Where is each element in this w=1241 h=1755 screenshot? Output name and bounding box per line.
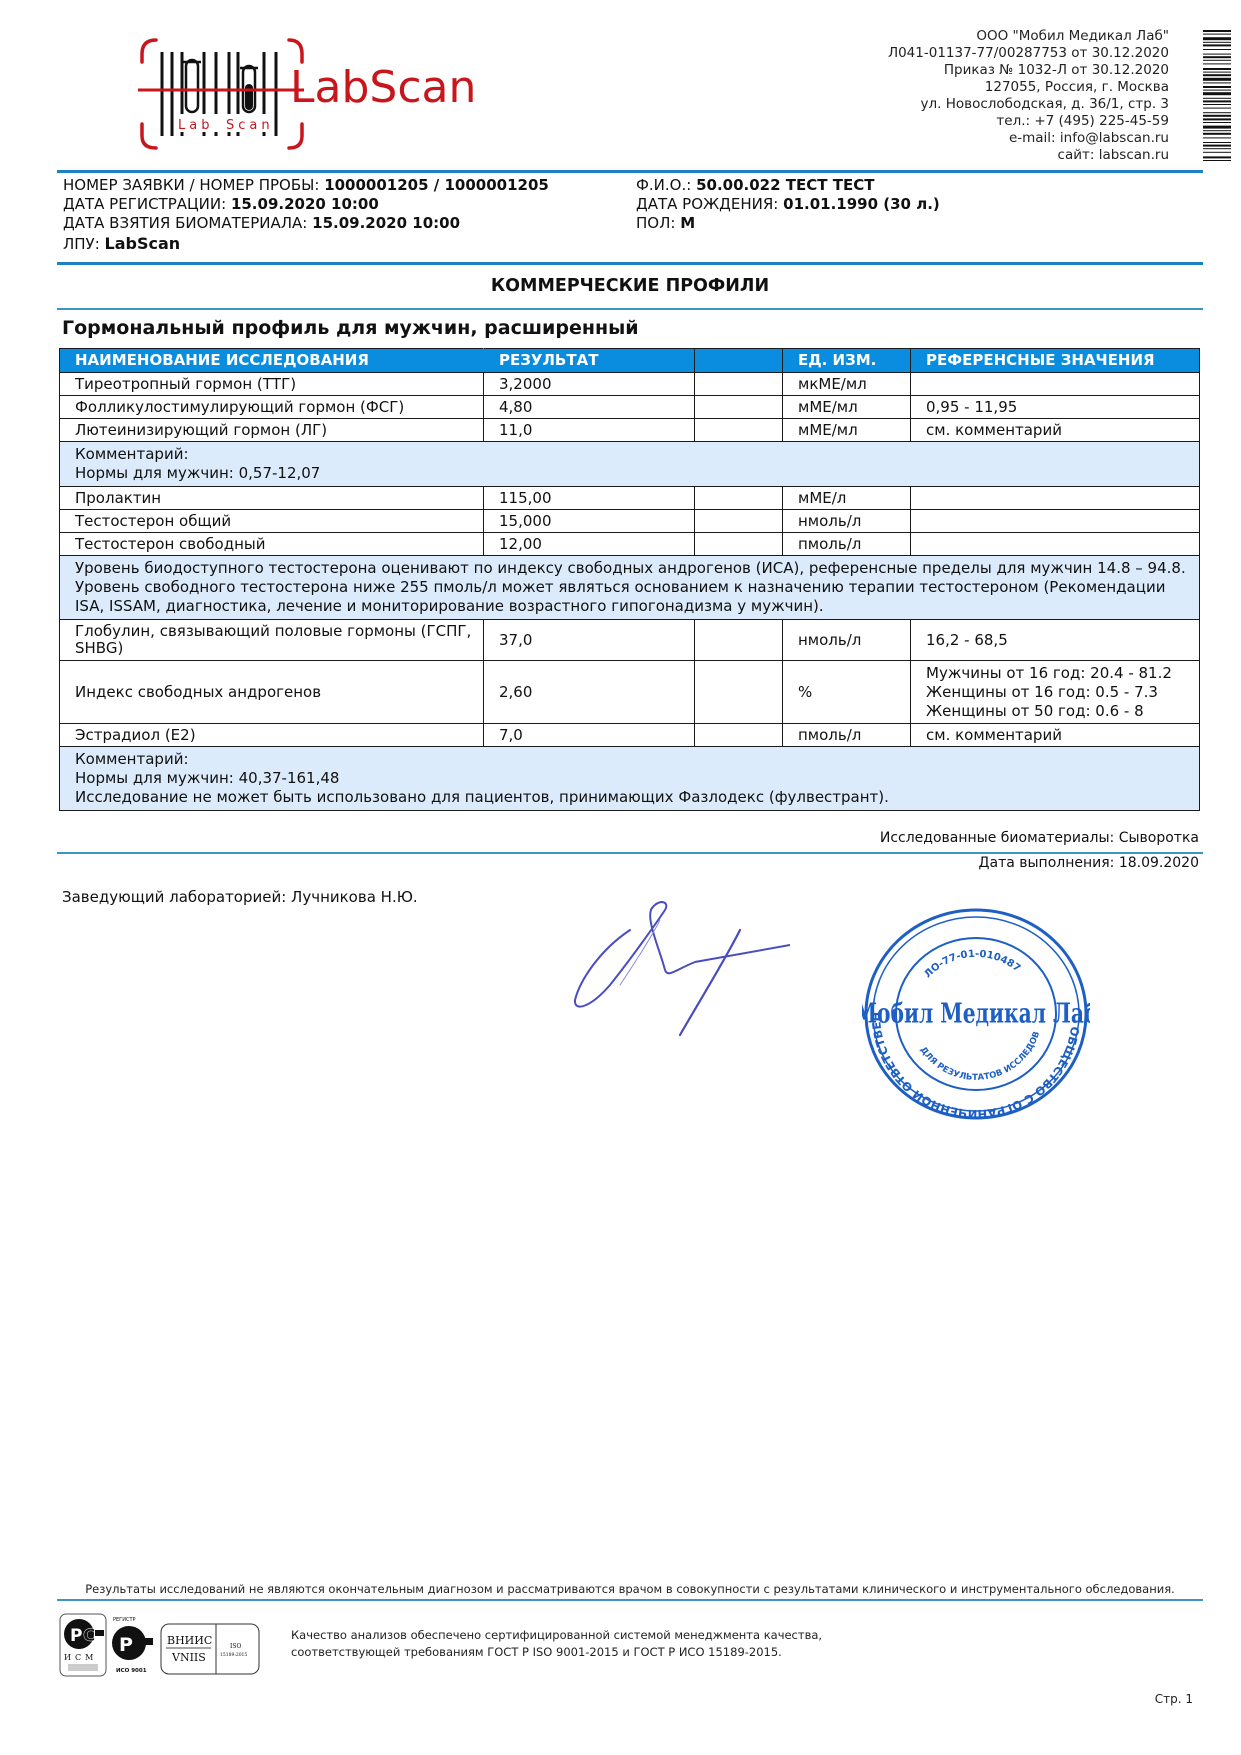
unit-cell: мМЕ/л (783, 487, 911, 510)
col-header-result: РЕЗУЛЬТАТ (484, 349, 695, 373)
table-row: Тестостерон свободный12,00пмоль/л (60, 533, 1200, 556)
svg-text:VNIIS: VNIIS (171, 1651, 206, 1664)
table-row: Фолликулостимулирующий гормон (ФСГ)4,80м… (60, 396, 1200, 419)
patient-name: 50.00.022 ТЕСТ ТЕСТ (696, 176, 874, 194)
reference-line: Женщины от 50 год: 0.6 - 8 (926, 702, 1199, 721)
table-row: Глобулин, связывающий половые гормоны (Г… (60, 620, 1200, 661)
unit-cell: мМЕ/мл (783, 396, 911, 419)
test-name-cell: Глобулин, связывающий половые гормоны (Г… (60, 620, 484, 661)
flag-cell (695, 620, 783, 661)
reference-cell: 0,95 - 11,95 (911, 396, 1200, 419)
comment-cell: Комментарий:Нормы для мужчин: 0,57-12,07 (60, 442, 1200, 487)
unit-cell: пмоль/л (783, 724, 911, 747)
flag-cell (695, 533, 783, 556)
divider (57, 170, 1203, 173)
table-row: Индекс свободных андрогенов2,60%Мужчины … (60, 661, 1200, 724)
company-stamp: ОБЩЕСТВО С ОГРАНИЧЕННОЙ ОТВЕТСТВЕННОСТЬЮ… (862, 905, 1090, 1123)
flag-cell (695, 661, 783, 724)
table-row: Эстрадиол (Е2)7,0пмоль/лсм. комментарий (60, 724, 1200, 747)
rst-ism-icon: Р С ИСМ (60, 1614, 106, 1676)
patient-dob: 01.01.1990 (30 л.) (783, 195, 940, 213)
svg-text:Р: Р (70, 1626, 82, 1646)
svg-text:Р: Р (119, 1634, 133, 1656)
result-cell: 11,0 (484, 419, 695, 442)
results-table: НАИМЕНОВАНИЕ ИССЛЕДОВАНИЯ РЕЗУЛЬТАТ ЕД. … (59, 348, 1200, 811)
company-info-line: 127055, Россия, г. Москва (888, 79, 1169, 96)
reference-cell: Мужчины от 16 год: 20.4 - 81.2Женщины от… (911, 661, 1200, 724)
result-cell: 12,00 (484, 533, 695, 556)
col-header-unit: ЕД. ИЗМ. (783, 349, 911, 373)
section-title: КОММЕРЧЕСКИЕ ПРОФИЛИ (57, 276, 1203, 296)
lpu-line: ЛПУ: LabScan (63, 234, 549, 254)
result-cell: 2,60 (484, 661, 695, 724)
comment-line: Исследование не может быть использовано … (75, 788, 1199, 807)
sample-date-line: ДАТА ВЗЯТИЯ БИОМАТЕРИАЛА: 15.09.2020 10:… (63, 214, 549, 233)
reference-cell (911, 533, 1200, 556)
company-info-line: ООО "Мобил Медикал Лаб" (888, 28, 1169, 45)
table-row: Тестостерон общий15,000нмоль/л (60, 510, 1200, 533)
sample-date: 15.09.2020 10:00 (312, 214, 460, 232)
page-number: Стр. 1 (1155, 1692, 1193, 1706)
svg-text:ISO: ISO (230, 1643, 241, 1650)
head-of-laboratory: Заведующий лабораторией: Лучникова Н.Ю. (62, 888, 418, 906)
rst-register-icon: РЕГИСТР Р ИСО 9001 (112, 1617, 153, 1674)
order-info: НОМЕР ЗАЯВКИ / НОМЕР ПРОБЫ: 1000001205 /… (63, 176, 549, 254)
test-name-cell: Эстрадиол (Е2) (60, 724, 484, 747)
company-info-line: тел.: +7 (495) 225-45-59 (888, 113, 1169, 130)
barcode-icon (1203, 30, 1231, 162)
flag-cell (695, 510, 783, 533)
test-name-cell: Пролактин (60, 487, 484, 510)
flag-cell (695, 487, 783, 510)
col-header-flag (695, 349, 783, 373)
unit-cell: пмоль/л (783, 533, 911, 556)
comment-line: Уровень биодоступного тестостерона оцени… (75, 559, 1199, 578)
svg-text:Scan: Scan (226, 118, 274, 133)
order-number-line: НОМЕР ЗАЯВКИ / НОМЕР ПРОБЫ: 1000001205 /… (63, 176, 549, 195)
certification-logos: Р С ИСМ РЕГИСТР Р ИСО 9001 ВНИИС VNIIS I… (58, 1612, 278, 1680)
quality-statement: Качество анализов обеспечено сертифициро… (291, 1627, 822, 1661)
svg-text:ИСО 9001: ИСО 9001 (116, 1668, 147, 1674)
divider (57, 1599, 1203, 1601)
signature (560, 890, 790, 1040)
svg-text:ИСМ: ИСМ (64, 1653, 97, 1662)
comment-line: Комментарий: (75, 750, 1199, 769)
comment-line: Нормы для мужчин: 40,37-161,48 (75, 769, 1199, 788)
result-cell: 4,80 (484, 396, 695, 419)
sex-line: ПОЛ: М (636, 214, 940, 233)
divider (57, 262, 1203, 265)
reference-cell (911, 510, 1200, 533)
unit-cell: % (783, 661, 911, 724)
reference-cell: см. комментарий (911, 724, 1200, 747)
comment-line: Комментарий: (75, 445, 1199, 464)
comment-line: Нормы для мужчин: 0,57-12,07 (75, 464, 1199, 483)
company-info-line: e-mail: info@labscan.ru (888, 130, 1169, 147)
completion-date: Дата выполнения: 18.09.2020 (979, 855, 1199, 871)
profile-title: Гормональный профиль для мужчин, расшире… (62, 317, 639, 339)
comment-row: Уровень биодоступного тестостерона оцени… (60, 556, 1200, 620)
flag-cell (695, 373, 783, 396)
reference-cell: см. комментарий (911, 419, 1200, 442)
logo-wordmark: LabScan (290, 62, 476, 113)
patient-name-line: Ф.И.О.: 50.00.022 ТЕСТ ТЕСТ (636, 176, 940, 195)
svg-text:ВНИИС: ВНИИС (167, 1634, 212, 1647)
patient-sex: М (680, 214, 695, 232)
table-header-row: НАИМЕНОВАНИЕ ИССЛЕДОВАНИЯ РЕЗУЛЬТАТ ЕД. … (60, 349, 1200, 373)
reference-line: Женщины от 16 год: 0.5 - 7.3 (926, 683, 1199, 702)
flag-cell (695, 724, 783, 747)
dob-line: ДАТА РОЖДЕНИЯ: 01.01.1990 (30 л.) (636, 195, 940, 214)
flag-cell (695, 396, 783, 419)
reference-line: Мужчины от 16 год: 20.4 - 81.2 (926, 664, 1199, 683)
biomaterial: Исследованные биоматериалы: Сыворотка (880, 830, 1199, 846)
registration-date-line: ДАТА РЕГИСТРАЦИИ: 15.09.2020 10:00 (63, 195, 549, 214)
svg-text:ЛО-77-01-010487: ЛО-77-01-010487 (922, 949, 1022, 981)
divider (57, 852, 1203, 854)
unit-cell: мМЕ/мл (783, 419, 911, 442)
reference-cell (911, 373, 1200, 396)
patient-info: Ф.И.О.: 50.00.022 ТЕСТ ТЕСТ ДАТА РОЖДЕНИ… (636, 176, 940, 233)
flag-cell (695, 419, 783, 442)
svg-text:РЕГИСТР: РЕГИСТР (113, 1617, 136, 1623)
reference-cell: 16,2 - 68,5 (911, 620, 1200, 661)
company-info-line: ул. Новослободская, д. 36/1, стр. 3 (888, 96, 1169, 113)
company-info-line: сайт: labscan.ru (888, 147, 1169, 164)
table-row: Тиреотропный гормон (ТТГ)3,2000мкМЕ/мл (60, 373, 1200, 396)
comment-row: Комментарий:Нормы для мужчин: 40,37-161,… (60, 747, 1200, 811)
result-cell: 7,0 (484, 724, 695, 747)
comment-row: Комментарий:Нормы для мужчин: 0,57-12,07 (60, 442, 1200, 487)
vniis-icon: ВНИИС VNIIS ISO 15189:2015 (161, 1624, 259, 1674)
company-info: ООО "Мобил Медикал Лаб"Л041-01137-77/002… (888, 28, 1169, 164)
table-row: Лютеинизирующий гормон (ЛГ)11,0мМЕ/млсм.… (60, 419, 1200, 442)
comment-cell: Уровень биодоступного тестостерона оцени… (60, 556, 1200, 620)
test-name-cell: Тиреотропный гормон (ТТГ) (60, 373, 484, 396)
company-info-line: Л041-01137-77/00287753 от 30.12.2020 (888, 45, 1169, 62)
col-header-reference: РЕФЕРЕНСНЫЕ ЗНАЧЕНИЯ (911, 349, 1200, 373)
order-number: 1000001205 / 1000001205 (324, 176, 549, 194)
test-name-cell: Тестостерон свободный (60, 533, 484, 556)
svg-text:15189:2015: 15189:2015 (220, 1652, 247, 1658)
unit-cell: мкМЕ/мл (783, 373, 911, 396)
company-info-line: Приказ № 1032-Л от 30.12.2020 (888, 62, 1169, 79)
disclaimer: Результаты исследований не являются окон… (57, 1582, 1203, 1596)
test-name-cell: Индекс свободных андрогенов (60, 661, 484, 724)
result-cell: 15,000 (484, 510, 695, 533)
result-cell: 3,2000 (484, 373, 695, 396)
comment-line: Уровень свободного тестостерона ниже 255… (75, 578, 1199, 616)
test-name-cell: Лютеинизирующий гормон (ЛГ) (60, 419, 484, 442)
table-row: Пролактин115,00мМЕ/л (60, 487, 1200, 510)
svg-text:С: С (83, 1626, 95, 1646)
lpu-value: LabScan (105, 234, 181, 253)
unit-cell: нмоль/л (783, 510, 911, 533)
svg-text:«Мобил Медикал Лаб»: «Мобил Медикал Лаб» (862, 996, 1090, 1029)
registration-date: 15.09.2020 10:00 (231, 195, 379, 213)
svg-text:Lab: Lab (178, 118, 213, 133)
test-name-cell: Тестостерон общий (60, 510, 484, 533)
test-name-cell: Фолликулостимулирующий гормон (ФСГ) (60, 396, 484, 419)
result-cell: 115,00 (484, 487, 695, 510)
result-cell: 37,0 (484, 620, 695, 661)
reference-cell (911, 487, 1200, 510)
divider (57, 308, 1203, 310)
unit-cell: нмоль/л (783, 620, 911, 661)
col-header-name: НАИМЕНОВАНИЕ ИССЛЕДОВАНИЯ (60, 349, 484, 373)
comment-cell: Комментарий:Нормы для мужчин: 40,37-161,… (60, 747, 1200, 811)
